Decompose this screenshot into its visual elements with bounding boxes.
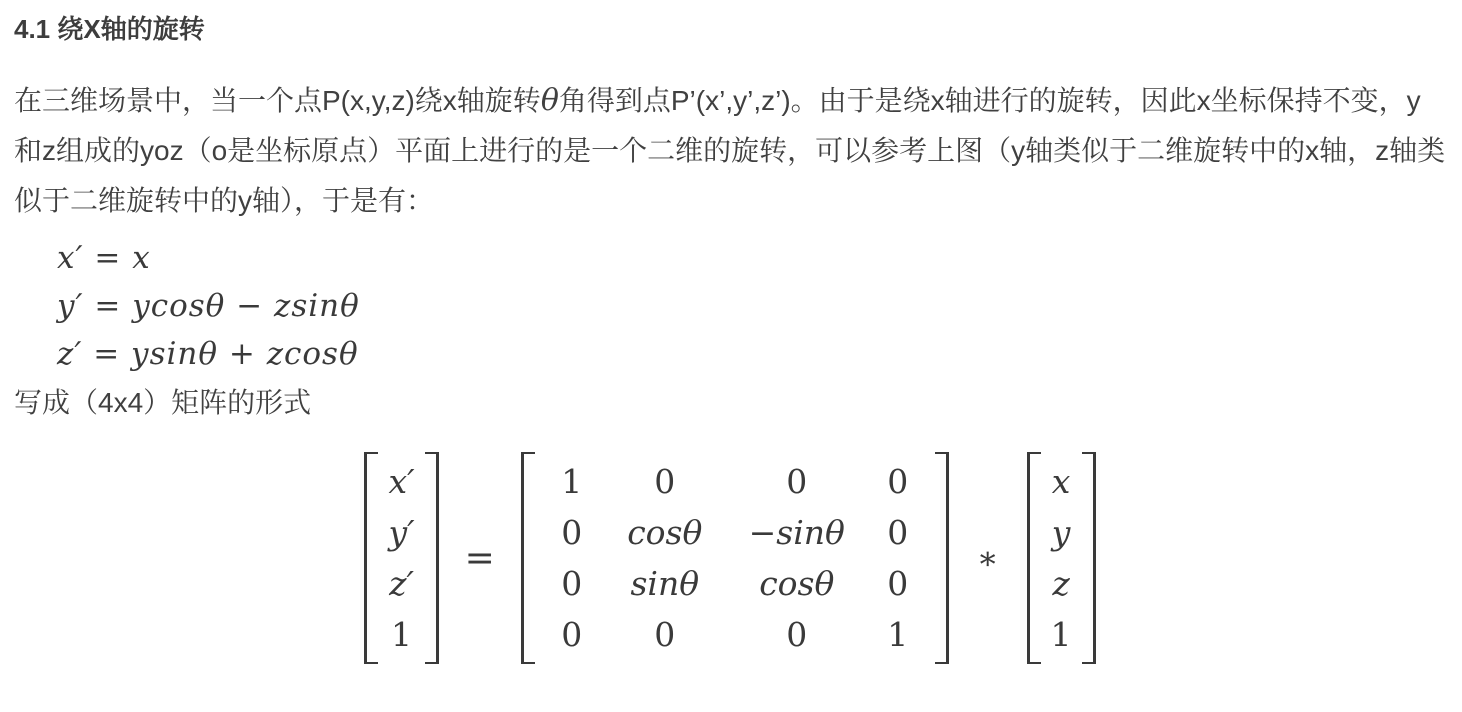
article-content: 4.1 绕X轴的旋转 在三维场景中，当一个点P(x,y,z)绕x轴旋转θ角得到点…	[0, 0, 1462, 664]
matrix-cell: 1	[887, 615, 908, 654]
matrix-cell: 0	[786, 615, 807, 654]
right-bracket-icon	[935, 452, 949, 664]
matrix-equation: x′ y′ z′ 1 = 1 0 0 0 0 cosθ −sinθ 0 0 si…	[14, 452, 1446, 664]
intro-paragraph: 在三维场景中，当一个点P(x,y,z)绕x轴旋转θ角得到点P’(x’,y’,z’…	[14, 76, 1446, 226]
equation-y: y′ = ycosθ − zsinθ	[57, 282, 1446, 330]
inline-theta-symbol: θ	[541, 83, 559, 118]
matrix-cell: 0	[887, 513, 908, 552]
input-vector-values: x y z 1	[1041, 452, 1082, 664]
equals-sign: =	[465, 538, 495, 579]
vector-cell: y′	[388, 507, 414, 558]
result-vector-values: x′ y′ z′ 1	[378, 452, 424, 664]
matrix-cell: 0	[887, 462, 908, 501]
equation-x: x′ = x	[57, 234, 1446, 282]
matrix-cell: −sinθ	[749, 513, 845, 552]
matrix-cell: 0	[561, 513, 582, 552]
matrix-cell: 0	[561, 615, 582, 654]
vector-cell: z′	[388, 558, 414, 609]
matrix-cell: 0	[786, 462, 807, 501]
matrix-cell: cosθ	[759, 564, 834, 603]
left-bracket-icon	[1027, 452, 1041, 664]
matrix-cell: 0	[654, 462, 675, 501]
rotation-matrix: 1 0 0 0 0 cosθ −sinθ 0 0 sinθ cosθ 0 0 0…	[521, 452, 949, 664]
equation-z: z′ = ysinθ + zcosθ	[57, 330, 1446, 378]
equation-block: x′ = x y′ = ycosθ − zsinθ z′ = ysinθ + z…	[14, 234, 1446, 378]
matrix-cell: cosθ	[627, 513, 702, 552]
vector-cell: y	[1051, 507, 1072, 558]
vector-cell: 1	[1051, 609, 1072, 660]
result-vector: x′ y′ z′ 1	[364, 452, 438, 664]
matrix-cell: 0	[561, 564, 582, 603]
input-vector: x y z 1	[1027, 452, 1096, 664]
left-bracket-icon	[364, 452, 378, 664]
matrix-intro-text: 写成（4x4）矩阵的形式	[14, 380, 1446, 426]
right-bracket-icon	[1082, 452, 1096, 664]
vector-cell: x′	[388, 456, 414, 507]
matrix-cell: 0	[654, 615, 675, 654]
vector-cell: z	[1051, 558, 1072, 609]
vector-cell: x	[1051, 456, 1072, 507]
matrix-cell: 0	[887, 564, 908, 603]
left-bracket-icon	[521, 452, 535, 664]
vector-cell: 1	[388, 609, 414, 660]
matrix-cell: sinθ	[630, 564, 699, 603]
right-bracket-icon	[425, 452, 439, 664]
multiply-sign: ∗	[977, 539, 999, 577]
rotation-matrix-values: 1 0 0 0 0 cosθ −sinθ 0 0 sinθ cosθ 0 0 0…	[535, 452, 935, 664]
paragraph-segment-1: 在三维场景中，当一个点P(x,y,z)绕x轴旋转	[14, 85, 541, 116]
matrix-cell: 1	[561, 462, 582, 501]
section-heading: 4.1 绕X轴的旋转	[14, 12, 1446, 46]
